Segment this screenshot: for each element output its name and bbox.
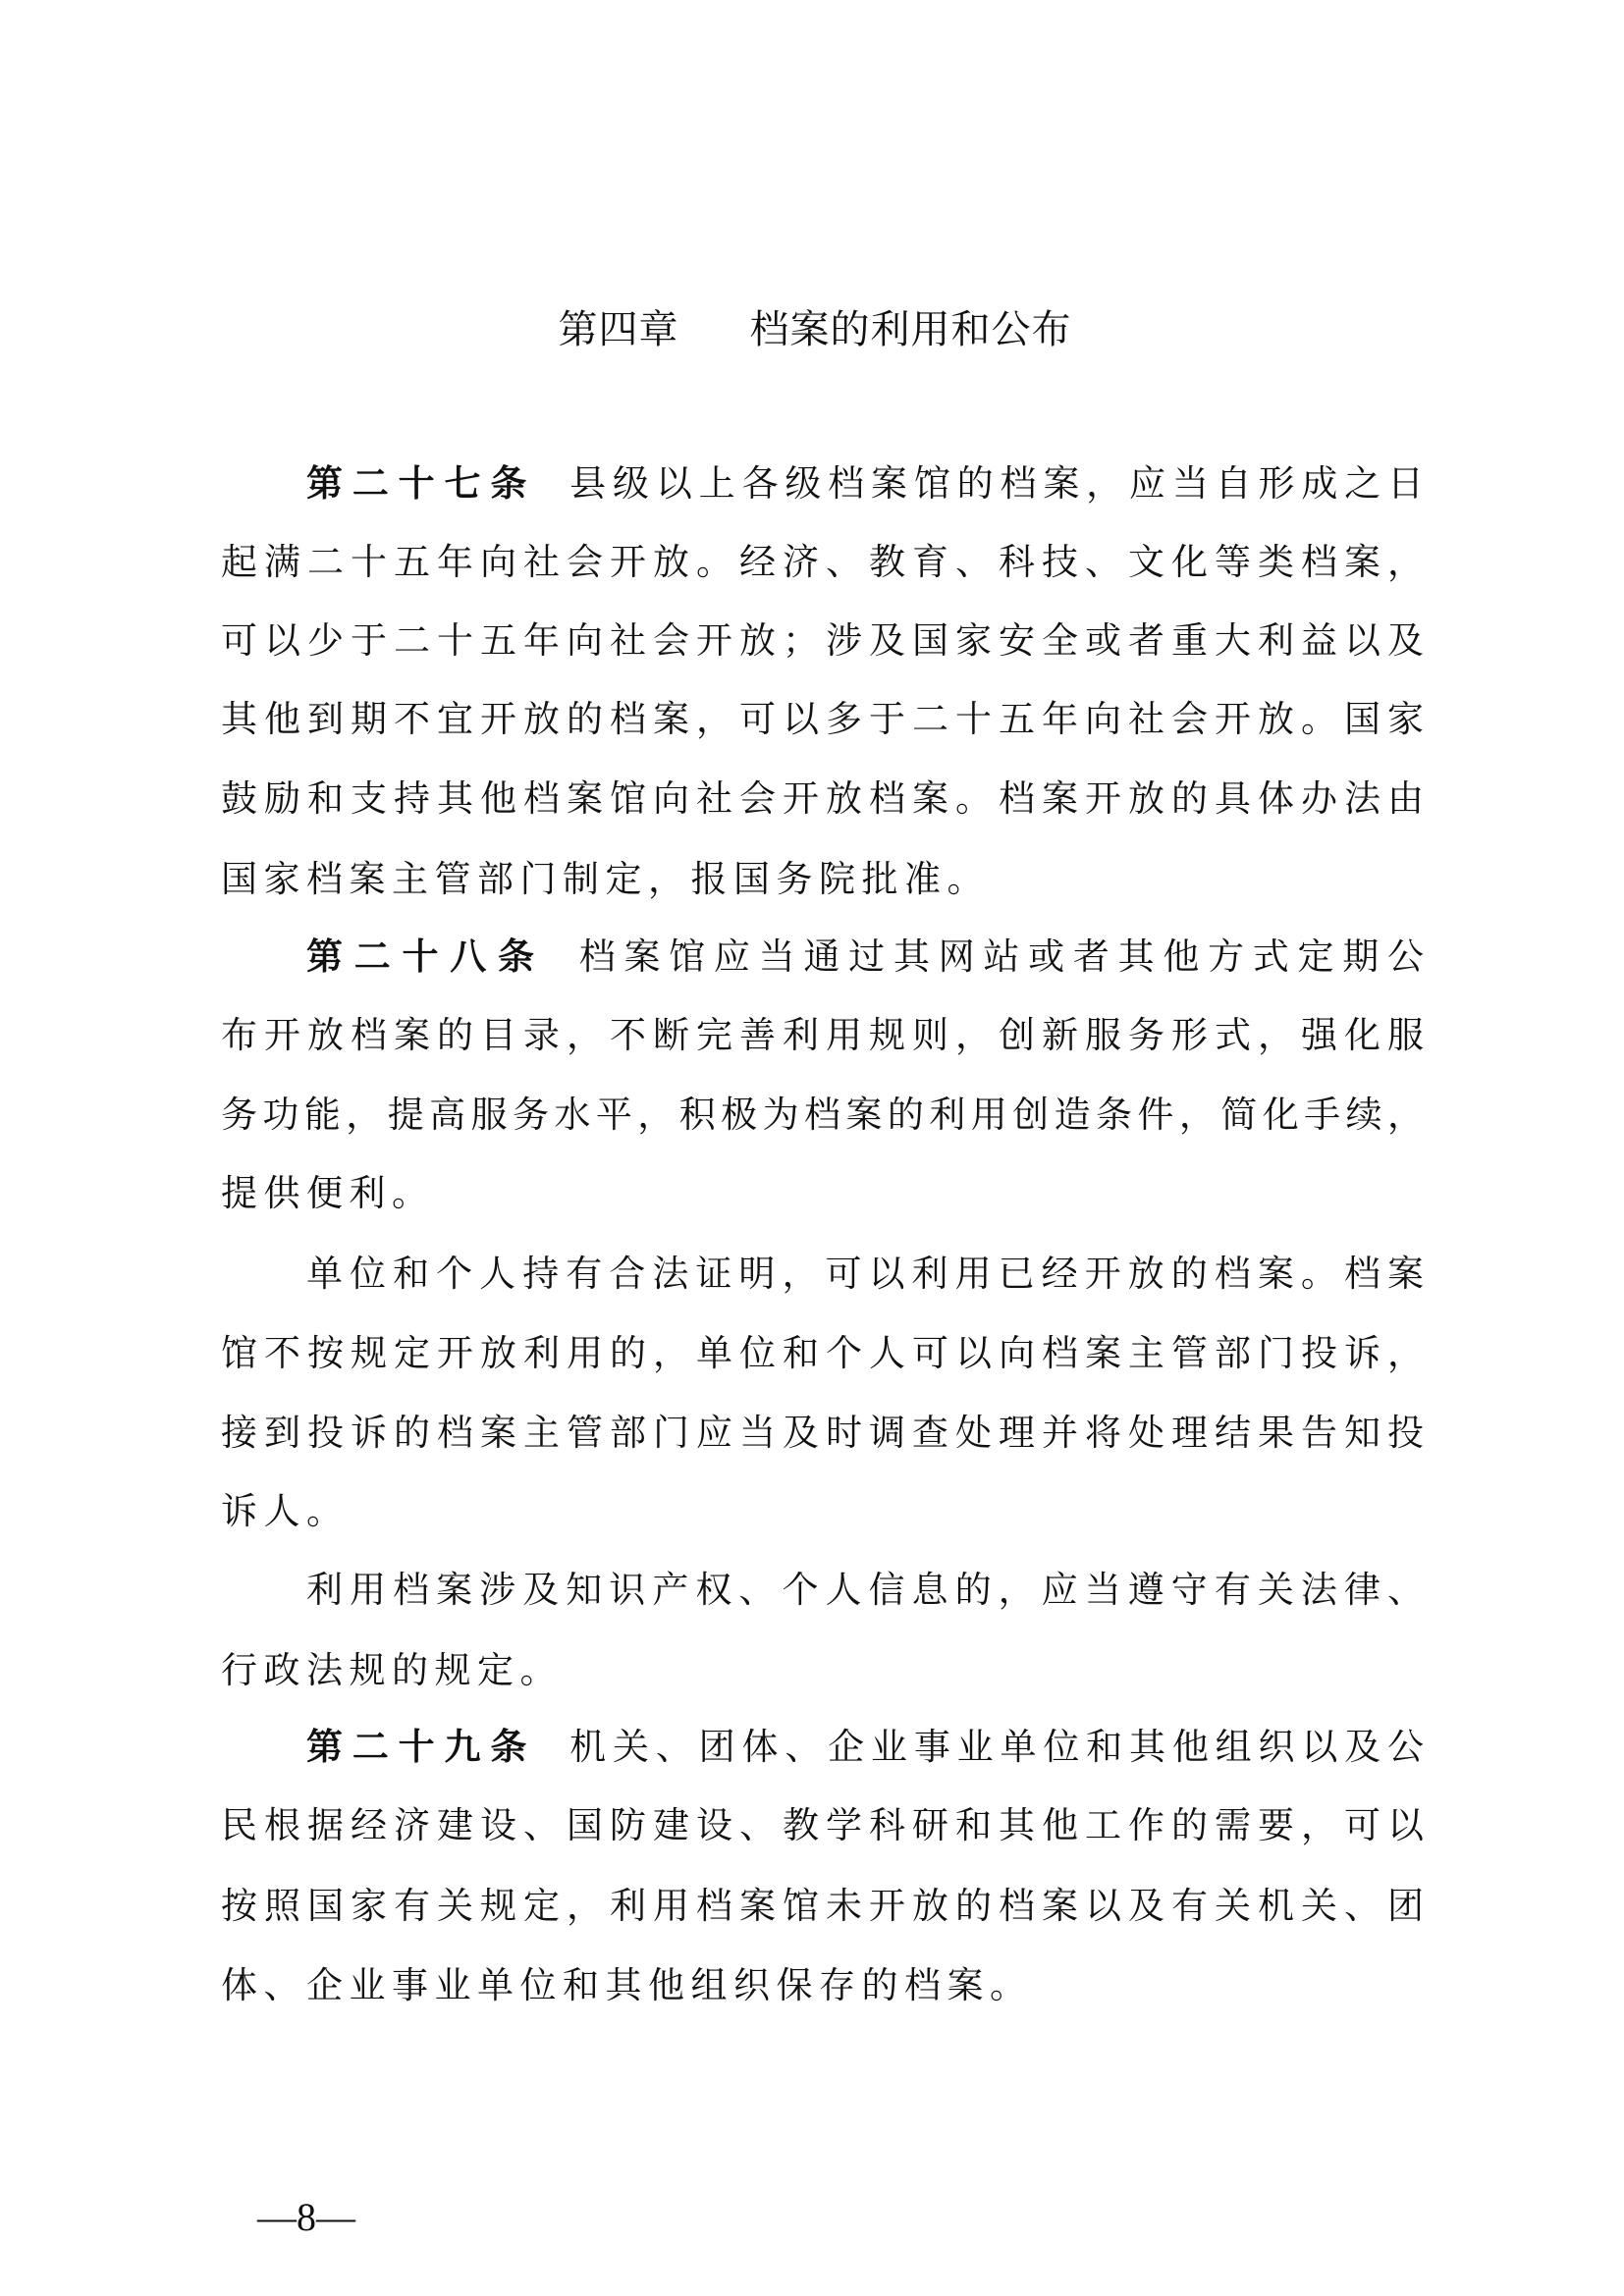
article-29-line-1: 第二十九条机关、团体、企业事业单位和其他组织以及公 [306, 1718, 1424, 1777]
article-28-para-3-line-2: 行政法规的规定。 [221, 1641, 1424, 1700]
article-text: 档案馆应当通过其网站或者其他方式定期公 [579, 935, 1424, 978]
article-text: 县级以上各级档案馆的档案，应当自形成之日 [569, 462, 1424, 505]
article-27-line-1: 第二十七条县级以上各级档案馆的档案，应当自形成之日 [306, 454, 1424, 513]
article-28-line-1: 第二十八条档案馆应当通过其网站或者其他方式定期公 [306, 928, 1424, 987]
article-27-line-3: 可以少于二十五年向社会开放；涉及国家安全或者重大利益以及 [221, 612, 1424, 670]
article-29-line-3: 按照国家有关规定，利用档案馆未开放的档案以及有关机关、团 [221, 1877, 1424, 1936]
article-label: 第二十七条 [306, 462, 536, 505]
chapter-title-text: 档案的利用和公布 [750, 307, 1072, 352]
article-27-line-4: 其他到期不宜开放的档案，可以多于二十五年向社会开放。国家 [221, 690, 1424, 749]
article-label: 第二十八条 [306, 935, 546, 978]
chapter-number: 第四章 [559, 307, 679, 352]
article-28-line-3: 务功能，提高服务水平，积极为档案的利用创造条件，简化手续， [221, 1086, 1424, 1145]
article-28-line-4: 提供便利。 [221, 1164, 1424, 1223]
article-28-para-3-line-1: 利用档案涉及知识产权、个人信息的，应当遵守有关法律、 [306, 1561, 1424, 1620]
document-page: 第四章档案的利用和公布 第二十七条县级以上各级档案馆的档案，应当自形成之日 起满… [0, 0, 1624, 2296]
article-29-line-4: 体、企业事业单位和其他组织保存的档案。 [221, 1956, 1424, 2015]
article-text: 机关、团体、企业事业单位和其他组织以及公 [569, 1726, 1424, 1768]
chapter-heading: 第四章档案的利用和公布 [0, 302, 1624, 357]
article-29-line-2: 民根据经济建设、国防建设、教学科研和其他工作的需要，可以 [221, 1796, 1424, 1855]
article-27-line-2: 起满二十五年向社会开放。经济、教育、科技、文化等类档案， [221, 533, 1424, 592]
article-28-para-2-line-4: 诉人。 [221, 1482, 1424, 1541]
article-27-line-5: 鼓励和支持其他档案馆向社会开放档案。档案开放的具体办法由 [221, 770, 1424, 828]
article-28-para-2-line-3: 接到投诉的档案主管部门应当及时调查处理并将处理结果告知投 [221, 1404, 1424, 1463]
article-28-line-2: 布开放档案的目录，不断完善利用规则，创新服务形式，强化服 [221, 1006, 1424, 1065]
article-27-line-6: 国家档案主管部门制定，报国务院批准。 [221, 850, 1424, 909]
article-28-para-2-line-2: 馆不按规定开放利用的，单位和个人可以向档案主管部门投诉， [221, 1324, 1424, 1383]
page-number: —8— [257, 2195, 355, 2240]
article-label: 第二十九条 [306, 1726, 536, 1768]
article-28-para-2-line-1: 单位和个人持有合法证明，可以利用已经开放的档案。档案 [306, 1245, 1424, 1304]
